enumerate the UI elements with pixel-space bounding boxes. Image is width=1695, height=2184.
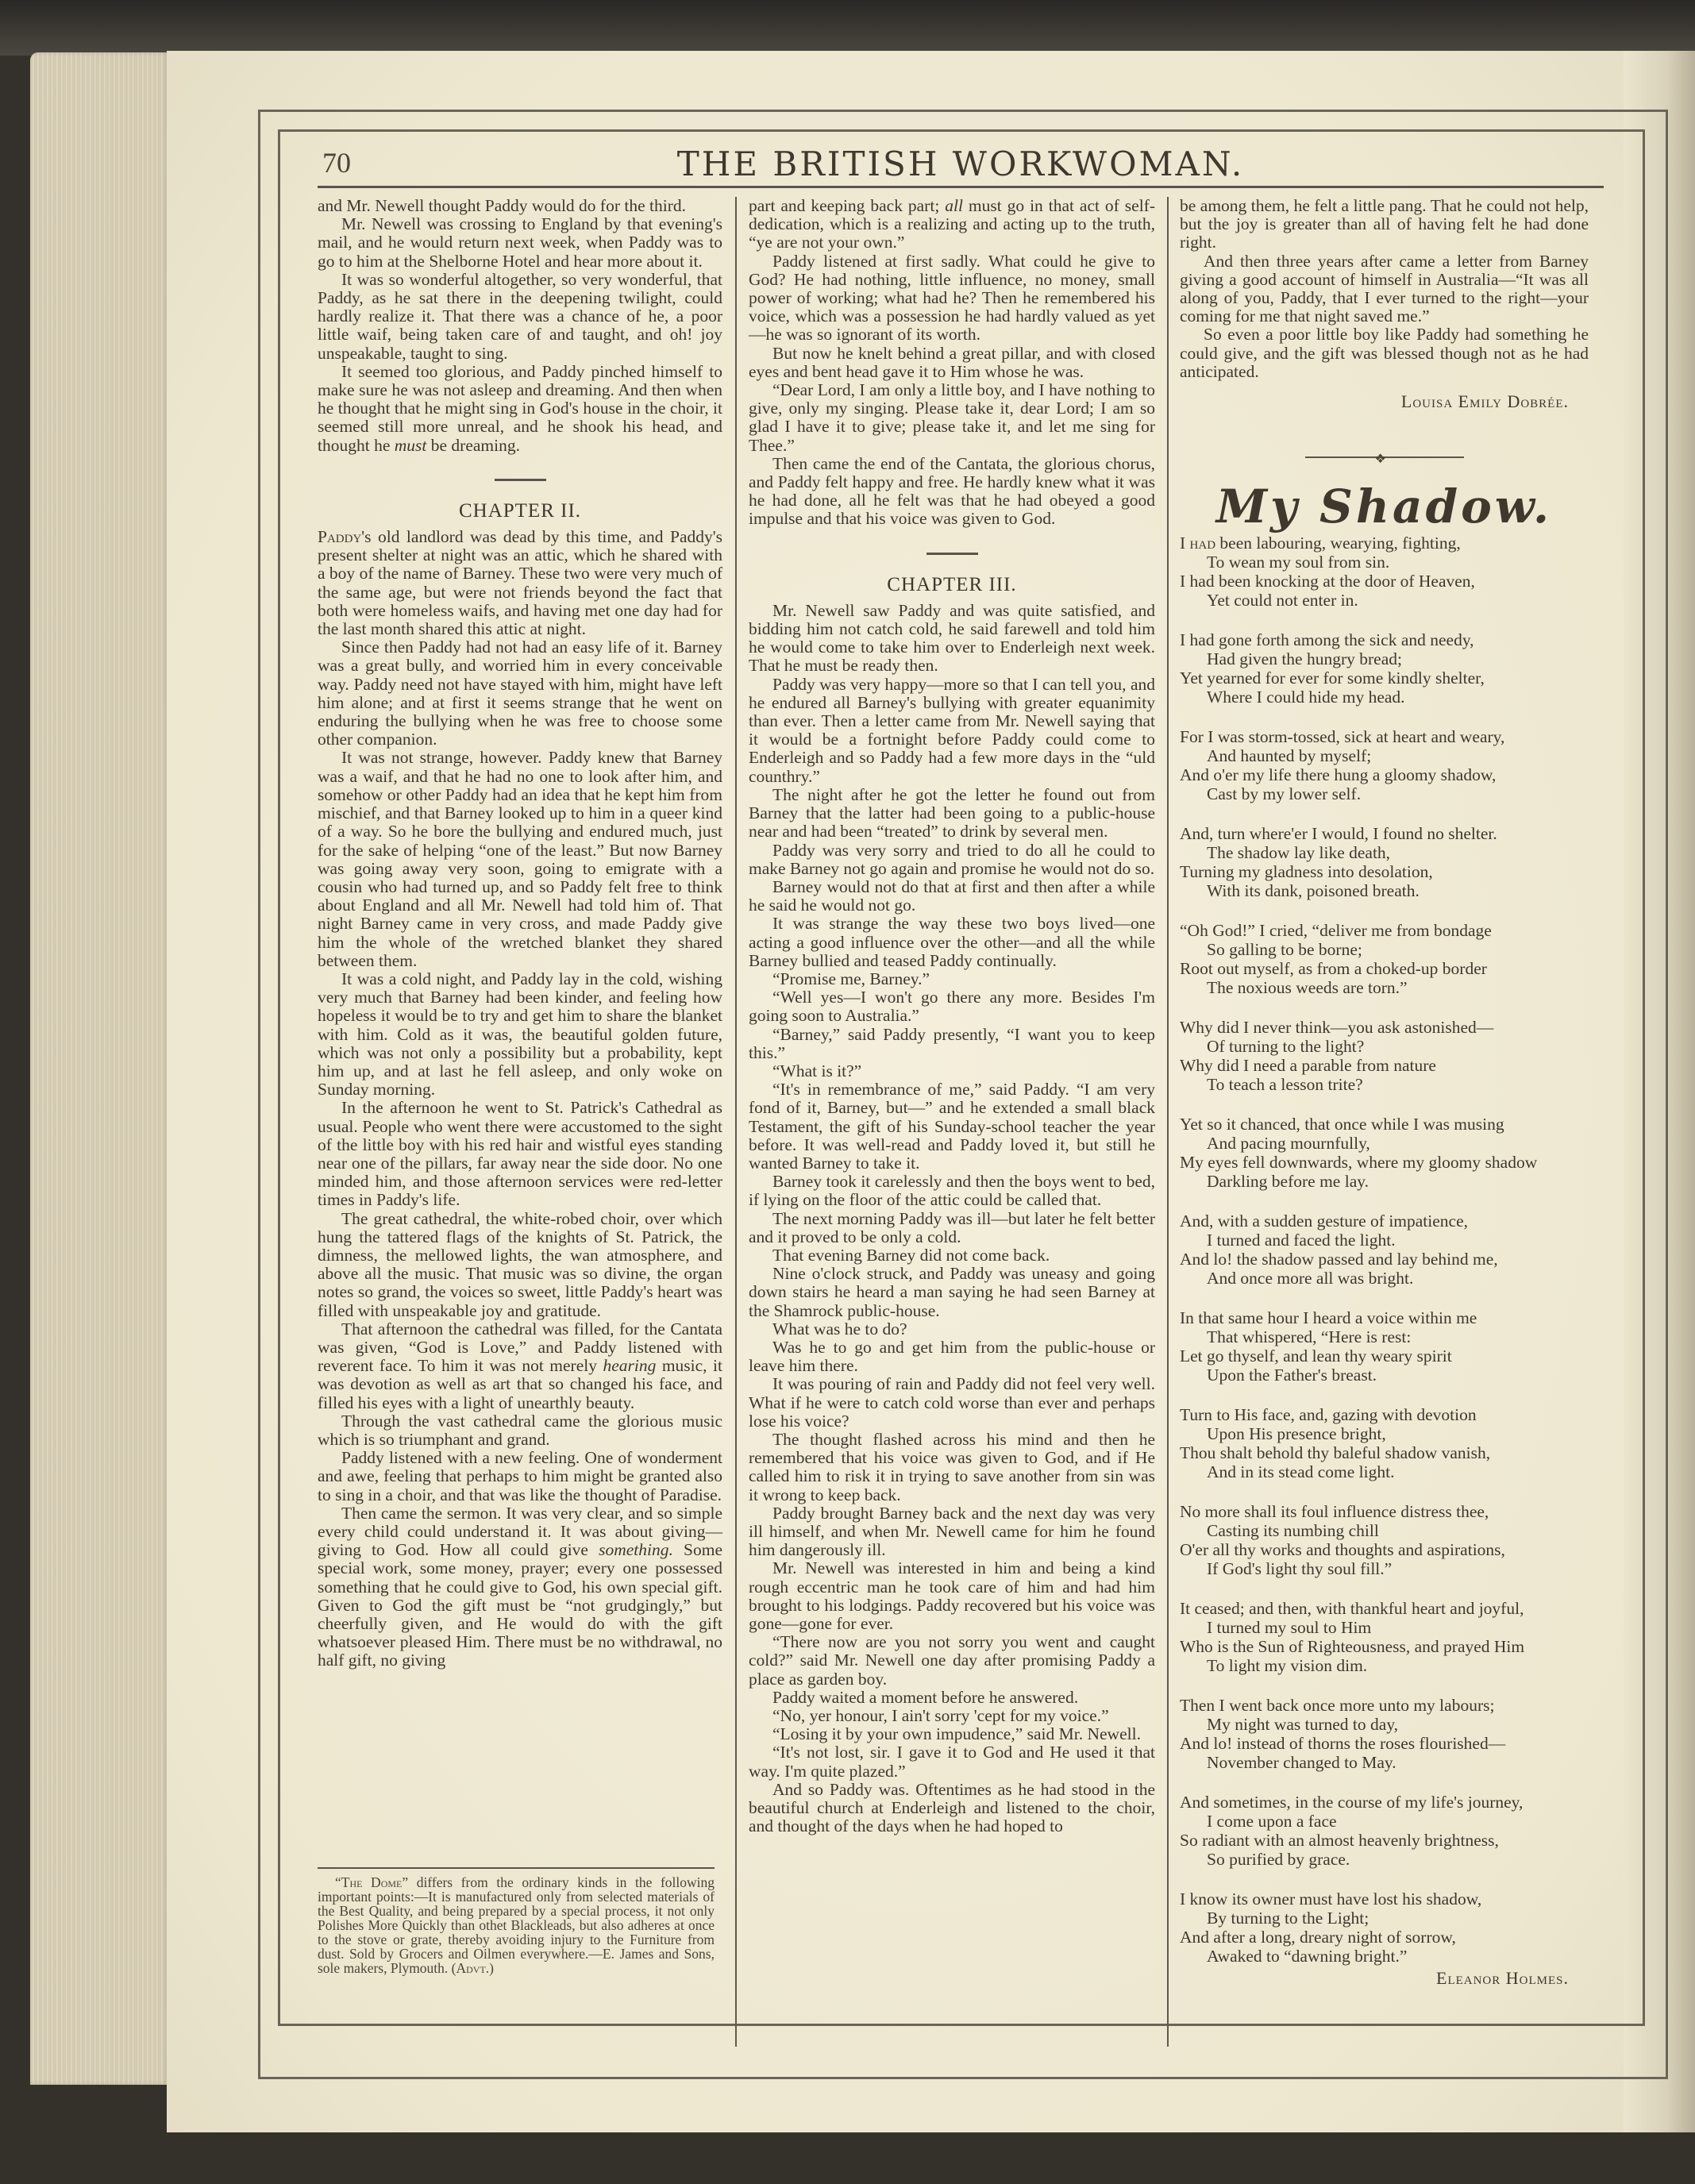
emphasis: must	[395, 436, 427, 455]
poem-line: So purified by grace.	[1180, 1850, 1589, 1869]
stanza: “Oh God!” I cried, “deliver me from bond…	[1180, 921, 1589, 997]
poem-line: Why did I need a parable from nature	[1180, 1056, 1589, 1075]
paragraph: Paddy was very happy—more so that I can …	[749, 676, 1155, 786]
column-divider	[1167, 197, 1169, 2047]
ornamental-divider: ❖	[1305, 456, 1464, 466]
stanza: No more shall its foul influence distres…	[1180, 1502, 1589, 1578]
stanza: I know its owner must have lost his shad…	[1180, 1889, 1589, 1966]
paragraph: “Dear Lord, I am only a little boy, and …	[749, 381, 1155, 455]
poem-author: Eleanor Holmes.	[1180, 1969, 1569, 1987]
poem-line: And pacing mournfully,	[1180, 1134, 1589, 1153]
poem-line: Turning my gladness into desolation,	[1180, 862, 1589, 881]
paragraph: part and keeping back part; all must go …	[749, 197, 1155, 252]
header-rule	[318, 186, 1604, 188]
paragraph: Paddy listened at first sadly. What coul…	[749, 252, 1155, 345]
poem-line: Thou shalt behold thy baleful shadow van…	[1180, 1443, 1589, 1462]
poem-line: And in its stead come light.	[1180, 1462, 1589, 1481]
poem-line: Upon the Father's breast.	[1180, 1365, 1589, 1385]
poem-line: Cast by my lower self.	[1180, 784, 1589, 803]
poem-line: Then I went back once more unto my labou…	[1180, 1696, 1589, 1715]
paragraph: be among them, he felt a little pang. Th…	[1180, 197, 1589, 252]
page-edges	[30, 52, 169, 2085]
poem-line: Yet yearned for ever for some kindly she…	[1180, 668, 1589, 688]
stanza: Turn to His face, and, gazing with devot…	[1180, 1405, 1589, 1481]
stanza: In that same hour I heard a voice within…	[1180, 1308, 1589, 1385]
poem-line: I turned and faced the light.	[1180, 1231, 1589, 1250]
paragraph: That afternoon the cathedral was filled,…	[318, 1320, 722, 1412]
paragraph: Mr. Newell was interested in him and bei…	[749, 1559, 1155, 1633]
poem-line: And, with a sudden gesture of impatience…	[1180, 1211, 1589, 1231]
paragraph: “Losing it by your own impudence,” said …	[749, 1725, 1155, 1743]
paragraph: Barney would not do that at first and th…	[749, 878, 1155, 915]
poem-line: And lo! the shadow passed and lay behind…	[1180, 1250, 1589, 1269]
poem-line: Had given the hungry bread;	[1180, 649, 1589, 668]
paragraph: “It's not lost, sir. I gave it to God an…	[749, 1743, 1155, 1780]
section-rule	[926, 553, 978, 555]
poem-line: O'er all thy works and thoughts and aspi…	[1180, 1540, 1589, 1559]
poem-line: And o'er my life there hung a gloomy sha…	[1180, 765, 1589, 784]
emphasis: hearing	[603, 1356, 656, 1375]
section-rule	[495, 479, 546, 481]
poem-line: That whispered, “Here is rest:	[1180, 1327, 1589, 1346]
paragraph: It seemed too glorious, and Paddy pinche…	[318, 363, 722, 455]
poem-line: With its dank, poisoned breath.	[1180, 881, 1589, 900]
advert-tag: (Advt.)	[452, 1960, 494, 1976]
paragraph: Barney took it carelessly and then the b…	[749, 1173, 1155, 1209]
stanza: Why did I never think—you ask astonished…	[1180, 1018, 1589, 1094]
stanza: And, with a sudden gesture of impatience…	[1180, 1211, 1589, 1288]
poem-line: It ceased; and then, with thankful heart…	[1180, 1599, 1589, 1618]
poem-line: My night was turned to day,	[1180, 1715, 1589, 1734]
poem-line: And sometimes, in the course of my life'…	[1180, 1793, 1589, 1812]
paragraph: That evening Barney did not come back.	[749, 1246, 1155, 1265]
poem-line: Where I could hide my head.	[1180, 688, 1589, 707]
paragraph: and Mr. Newell thought Paddy would do fo…	[318, 197, 722, 215]
stanza: For I was storm-tossed, sick at heart an…	[1180, 727, 1589, 803]
paragraph: “What is it?”	[749, 1062, 1155, 1080]
stanza: Then I went back once more unto my labou…	[1180, 1696, 1589, 1772]
paragraph: It was strange the way these two boys li…	[749, 915, 1155, 970]
paragraph: What was he to do?	[749, 1320, 1155, 1339]
paragraph: Mr. Newell saw Paddy and was quite satis…	[749, 602, 1155, 676]
poem-line: And once more all was bright.	[1180, 1269, 1589, 1288]
poem-line: I turned my soul to Him	[1180, 1618, 1589, 1637]
stanza: And, turn where'er I would, I found no s…	[1180, 824, 1589, 900]
paragraph: Mr. Newell was crossing to England by th…	[318, 215, 722, 271]
column-right: be among them, he felt a little pang. Th…	[1180, 197, 1589, 1988]
page-header: 70 THE BRITISH WORKWOMAN.	[318, 143, 1604, 191]
paragraph: It was so wonderful altogether, so very …	[318, 271, 722, 363]
stanza: I had been labouring, wearying, fighting…	[1180, 533, 1589, 610]
poem-line: Of turning to the light?	[1180, 1037, 1589, 1056]
paragraph: “It's in remembrance of me,” said Paddy.…	[749, 1080, 1155, 1173]
poem-line: And haunted by myself;	[1180, 746, 1589, 765]
paragraph: And so Paddy was. Oftentimes as he had s…	[749, 1781, 1155, 1836]
poem-line: No more shall its foul influence distres…	[1180, 1502, 1589, 1521]
poem-line: Casting its numbing chill	[1180, 1521, 1589, 1540]
poem-title: My Shadow.	[1180, 498, 1589, 516]
paragraph: Paddy listened with a new feeling. One o…	[318, 1449, 722, 1504]
stanza: And sometimes, in the course of my life'…	[1180, 1793, 1589, 1869]
book-backdrop	[0, 0, 1695, 56]
paragraph: Then came the end of the Cantata, the gl…	[749, 455, 1155, 529]
lead-word: Paddy	[318, 527, 361, 546]
paragraph: It was not strange, however. Paddy knew …	[318, 749, 722, 969]
paragraph: So even a poor little boy like Paddy had…	[1180, 325, 1589, 381]
paragraph: The next morning Paddy was ill—but later…	[749, 1210, 1155, 1246]
stanza: I had gone forth among the sick and need…	[1180, 630, 1589, 707]
poem-body: I had been labouring, wearying, fighting…	[1180, 533, 1589, 1987]
chapter-heading: CHAPTER III.	[749, 576, 1155, 594]
paragraph: Paddy was very sorry and tried to do all…	[749, 842, 1155, 878]
poem-line: For I was storm-tossed, sick at heart an…	[1180, 727, 1589, 746]
paragraph: Nine o'clock struck, and Paddy was uneas…	[749, 1265, 1155, 1320]
poem-line: The noxious weeds are torn.”	[1180, 978, 1589, 997]
paragraph: Through the vast cathedral came the glor…	[318, 1412, 722, 1449]
poem-line: To light my vision dim.	[1180, 1656, 1589, 1675]
poem-line: Yet could not enter in.	[1180, 591, 1589, 610]
emphasis: all	[945, 196, 963, 215]
poem-line: I come upon a face	[1180, 1812, 1589, 1831]
poem-line: Darkling before me lay.	[1180, 1172, 1589, 1191]
paragraph: “Barney,” said Paddy presently, “I want …	[749, 1026, 1155, 1062]
emphasis: something.	[599, 1540, 673, 1559]
poem-line: Yet so it chanced, that once while I was…	[1180, 1115, 1589, 1134]
paragraph: “Well yes—I won't go there any more. Bes…	[749, 988, 1155, 1025]
poem-line: Why did I never think—you ask astonished…	[1180, 1018, 1589, 1037]
poem-line: And, turn where'er I would, I found no s…	[1180, 824, 1589, 843]
poem-line: So radiant with an almost heavenly brigh…	[1180, 1831, 1589, 1850]
paragraph: Paddy brought Barney back and the next d…	[749, 1504, 1155, 1560]
poem-line: Let go thyself, and lean thy weary spiri…	[1180, 1346, 1589, 1365]
paragraph: Paddy's old landlord was dead by this ti…	[318, 528, 722, 638]
poem-line: So galling to be borne;	[1180, 940, 1589, 959]
poem-line: My eyes fell downwards, where my gloomy …	[1180, 1153, 1589, 1172]
paragraph: It was a cold night, and Paddy lay in th…	[318, 970, 722, 1099]
paragraph: Paddy waited a moment before he answered…	[749, 1689, 1155, 1707]
paragraph: “Promise me, Barney.”	[749, 970, 1155, 988]
poem-line: By turning to the Light;	[1180, 1909, 1589, 1928]
poem-line: And after a long, dreary night of sorrow…	[1180, 1928, 1589, 1947]
stanza: It ceased; and then, with thankful heart…	[1180, 1599, 1589, 1675]
poem-line: And lo! instead of thorns the roses flou…	[1180, 1734, 1589, 1753]
paragraph: “No, yer honour, I ain't sorry 'cept for…	[749, 1707, 1155, 1725]
fleuron-icon: ❖	[1375, 450, 1386, 468]
poem-line: Who is the Sun of Righteousness, and pra…	[1180, 1637, 1589, 1656]
column-divider	[735, 197, 737, 2047]
paragraph: Then came the sermon. It was very clear,…	[318, 1504, 722, 1670]
masthead-title: THE BRITISH WORKWOMAN.	[318, 144, 1604, 183]
advertisement: “The Dome” differs from the ordinary kin…	[318, 1875, 715, 1975]
poem-line: “Oh God!” I cried, “deliver me from bond…	[1180, 921, 1589, 940]
poem-line: I had been labouring, wearying, fighting…	[1180, 533, 1589, 553]
paragraph: In the afternoon he went to St. Patrick'…	[318, 1099, 722, 1209]
chapter-heading: CHAPTER II.	[318, 502, 722, 520]
poem-line: I had gone forth among the sick and need…	[1180, 630, 1589, 649]
paragraph: Was he to go and get him from the public…	[749, 1339, 1155, 1375]
poem-line: The shadow lay like death,	[1180, 843, 1589, 862]
poem-line: To wean my soul from sin.	[1180, 553, 1589, 572]
paragraph: The thought flashed across his mind and …	[749, 1431, 1155, 1504]
paragraph: “There now are you not sorry you went an…	[749, 1633, 1155, 1689]
paragraph: The great cathedral, the white-robed cho…	[318, 1210, 722, 1320]
poem-line: November changed to May.	[1180, 1753, 1589, 1772]
poem-line: Turn to His face, and, gazing with devot…	[1180, 1405, 1589, 1424]
column-left: and Mr. Newell thought Paddy would do fo…	[318, 197, 722, 1670]
paragraph: It was pouring of rain and Paddy did not…	[749, 1375, 1155, 1431]
poem-line: I had been knocking at the door of Heave…	[1180, 572, 1589, 591]
paragraph: And then three years after came a letter…	[1180, 252, 1589, 326]
poem-line: In that same hour I heard a voice within…	[1180, 1308, 1589, 1327]
advert-rule	[318, 1867, 715, 1869]
story-author: Louisa Emily Dobrée.	[1180, 392, 1569, 410]
poem-line: To teach a lesson trite?	[1180, 1075, 1589, 1094]
poem-line: Root out myself, as from a choked-up bor…	[1180, 959, 1589, 978]
paragraph: The night after he got the letter he fou…	[749, 786, 1155, 842]
paragraph: Since then Paddy had not had an easy lif…	[318, 638, 722, 749]
stanza: Yet so it chanced, that once while I was…	[1180, 1115, 1589, 1191]
poem-line: I know its owner must have lost his shad…	[1180, 1889, 1589, 1909]
poem-line: Upon His presence bright,	[1180, 1424, 1589, 1443]
poem-line: Awaked to “dawning bright.”	[1180, 1947, 1589, 1966]
paragraph: But now he knelt behind a great pillar, …	[749, 345, 1155, 381]
column-middle: part and keeping back part; all must go …	[749, 197, 1155, 1835]
poem-line: If God's light thy soul fill.”	[1180, 1559, 1589, 1578]
